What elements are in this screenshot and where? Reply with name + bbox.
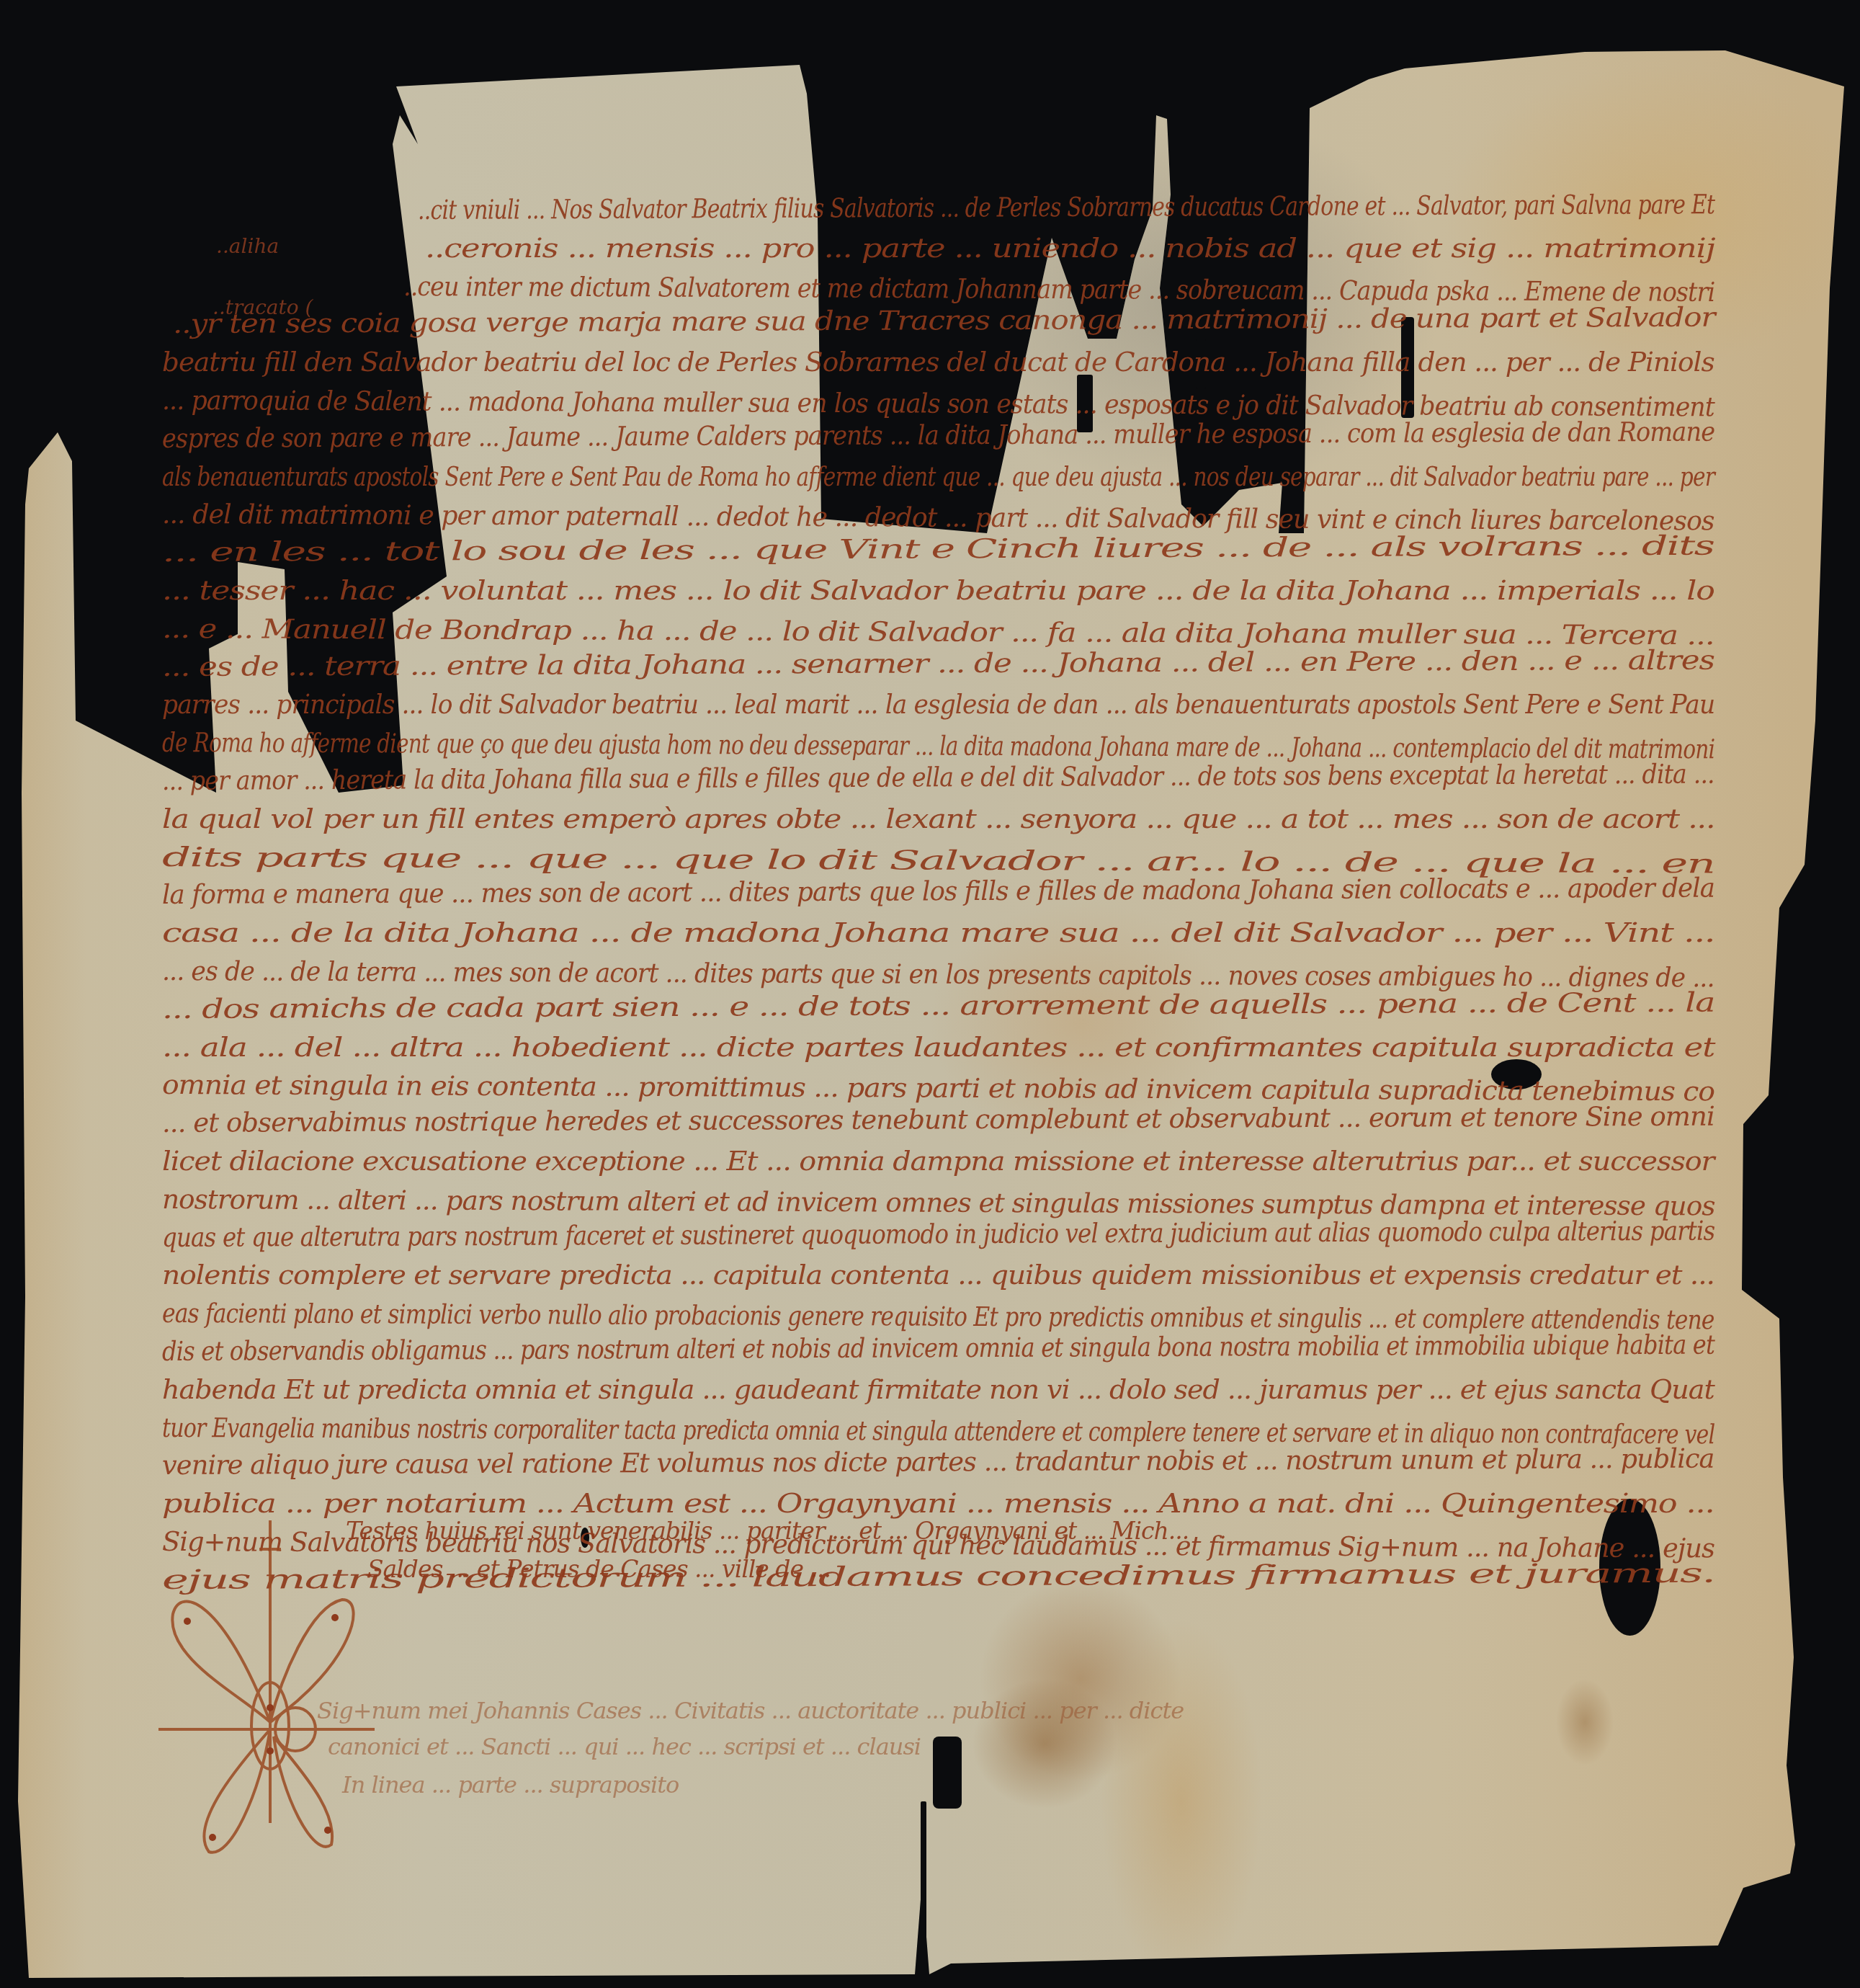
text-line: publica ... per notarium ... Actum est .… (162, 1488, 1714, 1519)
notary-line: Sig+num mei Johannis Cases ... Civitatis… (317, 1697, 1184, 1724)
text-line: parres ... principals ... lo dit Salvado… (162, 689, 1714, 720)
witness-line: Testes huius rei sunt venerabilis ... pa… (346, 1517, 1189, 1545)
notary-sign-icon (158, 1520, 396, 1866)
text-line: ... tesser ... hac ... voluntat ... mes … (162, 575, 1714, 606)
tear-bottom (921, 1801, 926, 1982)
witness-line: Saldes ... et Petrus de Cases ... ville … (367, 1555, 831, 1583)
text-line: espres de son pare e mare ... Jaume ... … (162, 416, 1714, 453)
text-line: nolentis complere et servare predicta ..… (162, 1260, 1714, 1291)
text-line: ... dos amichs de cada part sien ... e .… (162, 986, 1714, 1024)
text-line: ... ala ... del ... altra ... hobedient … (162, 1032, 1714, 1063)
notary-line: canonici et ... Sancti ... qui ... hec .… (328, 1733, 921, 1760)
text-line: habenda Et ut predicta omnia et singula … (162, 1374, 1714, 1405)
text-line: ..cit vniuli ... Nos Salvator Beatrix fi… (418, 189, 1714, 226)
text-line: casa ... de la dita Johana ... de madona… (162, 917, 1714, 948)
notary-line: In linea ... parte ... supraposito (342, 1771, 679, 1798)
text-line: la qual vol per un fill entes emperò apr… (162, 803, 1714, 834)
text-line: licet dilacione excusatione exceptione .… (162, 1146, 1714, 1177)
text-line: als benauenturats apostols Sent Pere e S… (162, 461, 1714, 492)
text-line: ... es de ... terra ... entre la dita Jo… (162, 644, 1714, 682)
hole-damage-bottom (933, 1737, 962, 1809)
text-line: ..ceronis ... mensis ... pro ... parte .… (425, 233, 1714, 264)
text-line: quas et que alterutra pars nostrum facer… (162, 1215, 1715, 1252)
marginal-note: ..aliha (216, 234, 279, 258)
text-line: beatriu fill den Salvador beatriu del lo… (162, 347, 1714, 378)
